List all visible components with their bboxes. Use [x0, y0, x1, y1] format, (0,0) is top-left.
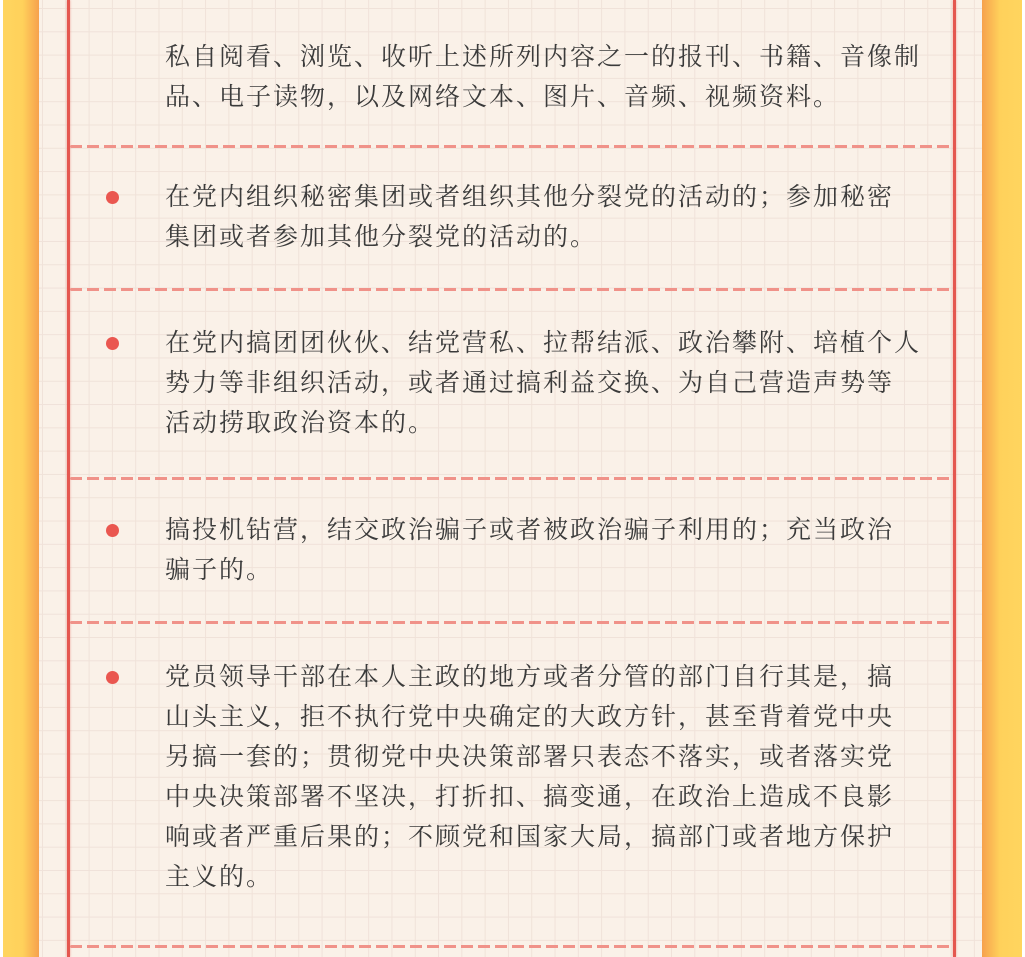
item-text: 在党内搞团团伙伙、结党营私、拉帮结派、政治攀附、培植个人 势力等非组织活动，或者…	[165, 323, 927, 443]
list-item: 私自阅看、浏览、收听上述所列内容之一的报刊、书籍、音像制 品、电子读物，以及网络…	[165, 37, 927, 117]
section-divider	[70, 477, 953, 480]
right-border-band	[982, 0, 1022, 957]
list-item: 党员领导干部在本人主政的地方或者分管的部门自行其是，搞 山头主义，拒不执行党中央…	[165, 657, 927, 897]
section-divider	[70, 945, 953, 948]
right-margin-line	[953, 0, 956, 957]
section-divider	[70, 288, 953, 291]
item-text: 搞投机钻营，结交政治骗子或者被政治骗子利用的；充当政治 骗子的。	[165, 510, 927, 590]
bullet-dot-icon	[106, 337, 119, 350]
bullet-dot-icon	[106, 524, 119, 537]
section-divider	[70, 621, 953, 624]
item-text: 党员领导干部在本人主政的地方或者分管的部门自行其是，搞 山头主义，拒不执行党中央…	[165, 657, 927, 897]
list-item: 在党内组织秘密集团或者组织其他分裂党的活动的；参加秘密 集团或者参加其他分裂党的…	[165, 177, 927, 257]
section-divider	[70, 145, 953, 148]
list-item: 在党内搞团团伙伙、结党营私、拉帮结派、政治攀附、培植个人 势力等非组织活动，或者…	[165, 323, 927, 443]
bullet-dot-icon	[106, 191, 119, 204]
bullet-dot-icon	[106, 671, 119, 684]
left-border-band	[3, 0, 39, 957]
item-text: 私自阅看、浏览、收听上述所列内容之一的报刊、书籍、音像制 品、电子读物，以及网络…	[165, 37, 927, 117]
notebook-page: 私自阅看、浏览、收听上述所列内容之一的报刊、书籍、音像制 品、电子读物，以及网络…	[0, 0, 1025, 957]
list-item: 搞投机钻营，结交政治骗子或者被政治骗子利用的；充当政治 骗子的。	[165, 510, 927, 590]
item-text: 在党内组织秘密集团或者组织其他分裂党的活动的；参加秘密 集团或者参加其他分裂党的…	[165, 177, 927, 257]
